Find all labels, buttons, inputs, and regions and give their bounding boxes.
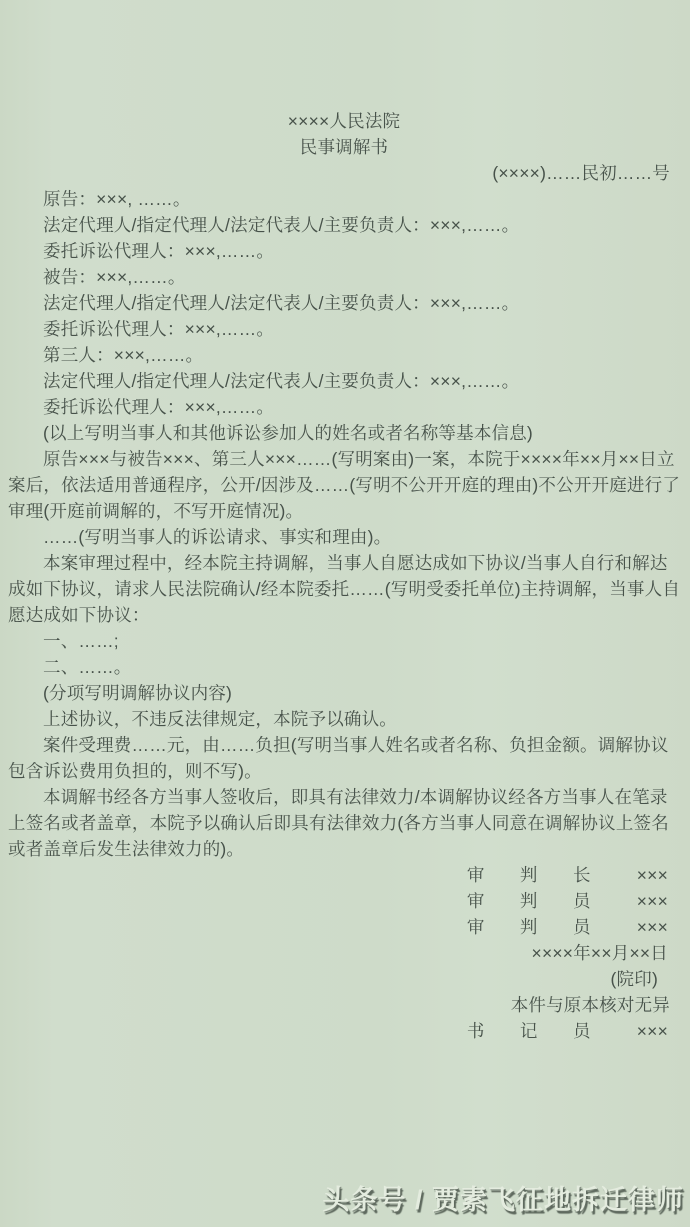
- body-paragraph: 上述协议，不违反法律规定，本院予以确认。: [8, 706, 680, 732]
- body-paragraph: 本案审理过程中，经本院主持调解，当事人自愿达成如下协议/当事人自行和解达成如下协…: [8, 550, 680, 628]
- judge-name: ×××: [637, 888, 668, 914]
- party-line: 第三人：×××,……。: [8, 342, 680, 368]
- party-line: 被告：×××,……。: [8, 264, 680, 290]
- watermark: 头条号 / 贾素飞征地拆迁律师: [322, 1178, 684, 1217]
- body-paragraph: 案件受理费……元，由……负担(写明当事人姓名或者名称、负担金额。调解协议包含诉讼…: [8, 732, 680, 784]
- copy-verification-note: 本件与原本核对无异: [8, 992, 680, 1018]
- judge-role: 审 判 员: [467, 888, 591, 914]
- party-line: 委托诉讼代理人：×××,……。: [8, 394, 680, 420]
- party-note: (以上写明当事人和其他诉讼参加人的姓名或者名称等基本信息): [8, 420, 680, 446]
- mediation-document: ××××人民法院 民事调解书 (××××)……民初……号 原告：×××, ……。…: [0, 0, 690, 1044]
- party-line: 委托诉讼代理人：×××,……。: [8, 316, 680, 342]
- case-number: (××××)……民初……号: [8, 160, 680, 186]
- body-paragraph: ……(写明当事人的诉讼请求、事实和理由)。: [8, 524, 680, 550]
- party-line: 法定代理人/指定代理人/法定代表人/主要负责人：×××,……。: [8, 290, 680, 316]
- judgment-date: ××××年××月××日: [8, 940, 680, 966]
- document-sheet: ××××人民法院 民事调解书 (××××)……民初……号 原告：×××, ……。…: [0, 0, 690, 1227]
- judge-name: ×××: [637, 914, 668, 940]
- party-line: 原告：×××, ……。: [8, 186, 680, 212]
- party-line: 委托诉讼代理人：×××,……。: [8, 238, 680, 264]
- party-line: 法定代理人/指定代理人/法定代表人/主要负责人：×××,……。: [8, 212, 680, 238]
- agreement-note: (分项写明调解协议内容): [8, 680, 680, 706]
- judge-role: 审 判 长: [467, 862, 591, 888]
- court-name: ××××人民法院: [8, 108, 680, 134]
- body-paragraph: 本调解书经各方当事人签收后，即具有法律效力/本调解协议经各方当事人在笔录上签名或…: [8, 784, 680, 862]
- document-title: 民事调解书: [8, 134, 680, 160]
- judge-signature-row: 审 判 员 ×××: [8, 888, 680, 914]
- body-paragraph: 原告×××与被告×××、第三人×××……(写明案由)一案，本院于××××年××月…: [8, 446, 680, 524]
- party-line: 法定代理人/指定代理人/法定代表人/主要负责人：×××,……。: [8, 368, 680, 394]
- agreement-item: 一、……;: [8, 628, 680, 654]
- judge-signature-row: 审 判 员 ×××: [8, 914, 680, 940]
- clerk-name: ×××: [637, 1018, 668, 1044]
- judge-name: ×××: [637, 862, 668, 888]
- clerk-signature-row: 书 记 员 ×××: [8, 1018, 680, 1044]
- court-seal-note: (院印): [8, 966, 680, 992]
- judge-role: 审 判 员: [467, 914, 591, 940]
- signature-block: 审 判 长 ××× 审 判 员 ××× 审 判 员 ××× ××××年××月××…: [8, 862, 680, 1044]
- agreement-item: 二、……。: [8, 654, 680, 680]
- clerk-role: 书 记 员: [467, 1018, 591, 1044]
- judge-signature-row: 审 判 长 ×××: [8, 862, 680, 888]
